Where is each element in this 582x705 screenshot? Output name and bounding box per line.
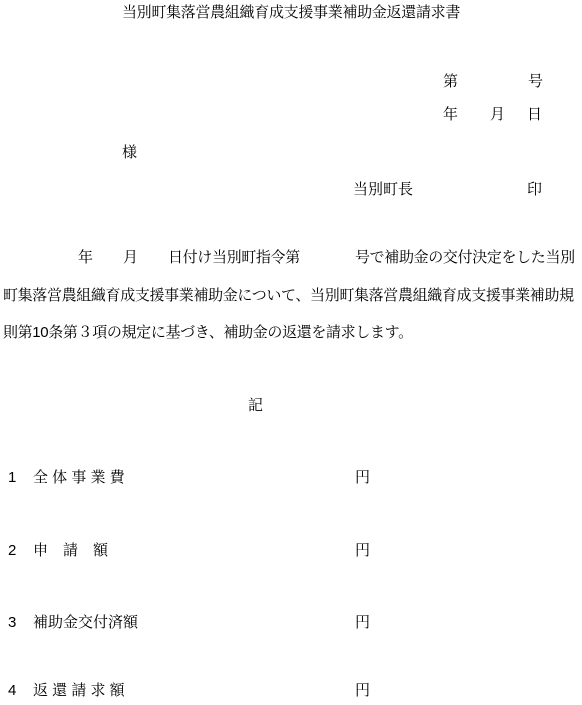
unit-label: 円 xyxy=(355,469,370,486)
body-line1-directive-text: 日付け当別町指令第 xyxy=(168,249,300,266)
body-line1-continuation-text: 号で補助金の交付決定をした当別 xyxy=(355,249,575,266)
issue-date-day-label: 日 xyxy=(527,106,542,123)
item-label: 全 体 事 業 費 xyxy=(33,469,125,486)
doc-number-prefix: 第 xyxy=(443,73,458,90)
unit-label: 円 xyxy=(355,614,370,631)
item-label: 申 請 額 xyxy=(33,542,108,559)
item-number: 3 xyxy=(8,614,16,631)
unit-label: 円 xyxy=(355,682,370,699)
doc-number-suffix: 号 xyxy=(528,73,543,90)
item-number: 4 xyxy=(8,682,16,699)
item-label: 補助金交付済額 xyxy=(33,614,138,631)
issue-date-year-label: 年 xyxy=(443,106,458,123)
item-number: 1 xyxy=(8,469,16,486)
addressee-honorific: 様 xyxy=(122,144,137,161)
issue-date-month-label: 月 xyxy=(490,106,505,123)
unit-label: 円 xyxy=(355,542,370,559)
body-paragraph-line2: 町集落営農組織育成支援事業補助金について、当別町集落営農組織育成支援事業補助規 xyxy=(3,287,574,304)
item-label: 返 還 請 求 額 xyxy=(33,682,125,699)
sender-title: 当別町長 xyxy=(353,181,413,198)
document-title: 当別町集落営農組織育成支援事業補助金返還請求書 xyxy=(0,4,582,21)
item-number: 2 xyxy=(8,542,16,559)
seal-mark: 印 xyxy=(527,181,542,198)
list-heading: 記 xyxy=(248,397,263,414)
body-line1-year-label: 年 xyxy=(78,249,93,266)
document-page: 当別町集落営農組織育成支援事業補助金返還請求書 第 号 年 月 日 様 当別町長… xyxy=(0,0,582,705)
body-line1-month-label: 月 xyxy=(123,249,138,266)
body-paragraph-line3: 則第10条第３項の規定に基づき、補助金の返還を請求します。 xyxy=(3,324,413,341)
